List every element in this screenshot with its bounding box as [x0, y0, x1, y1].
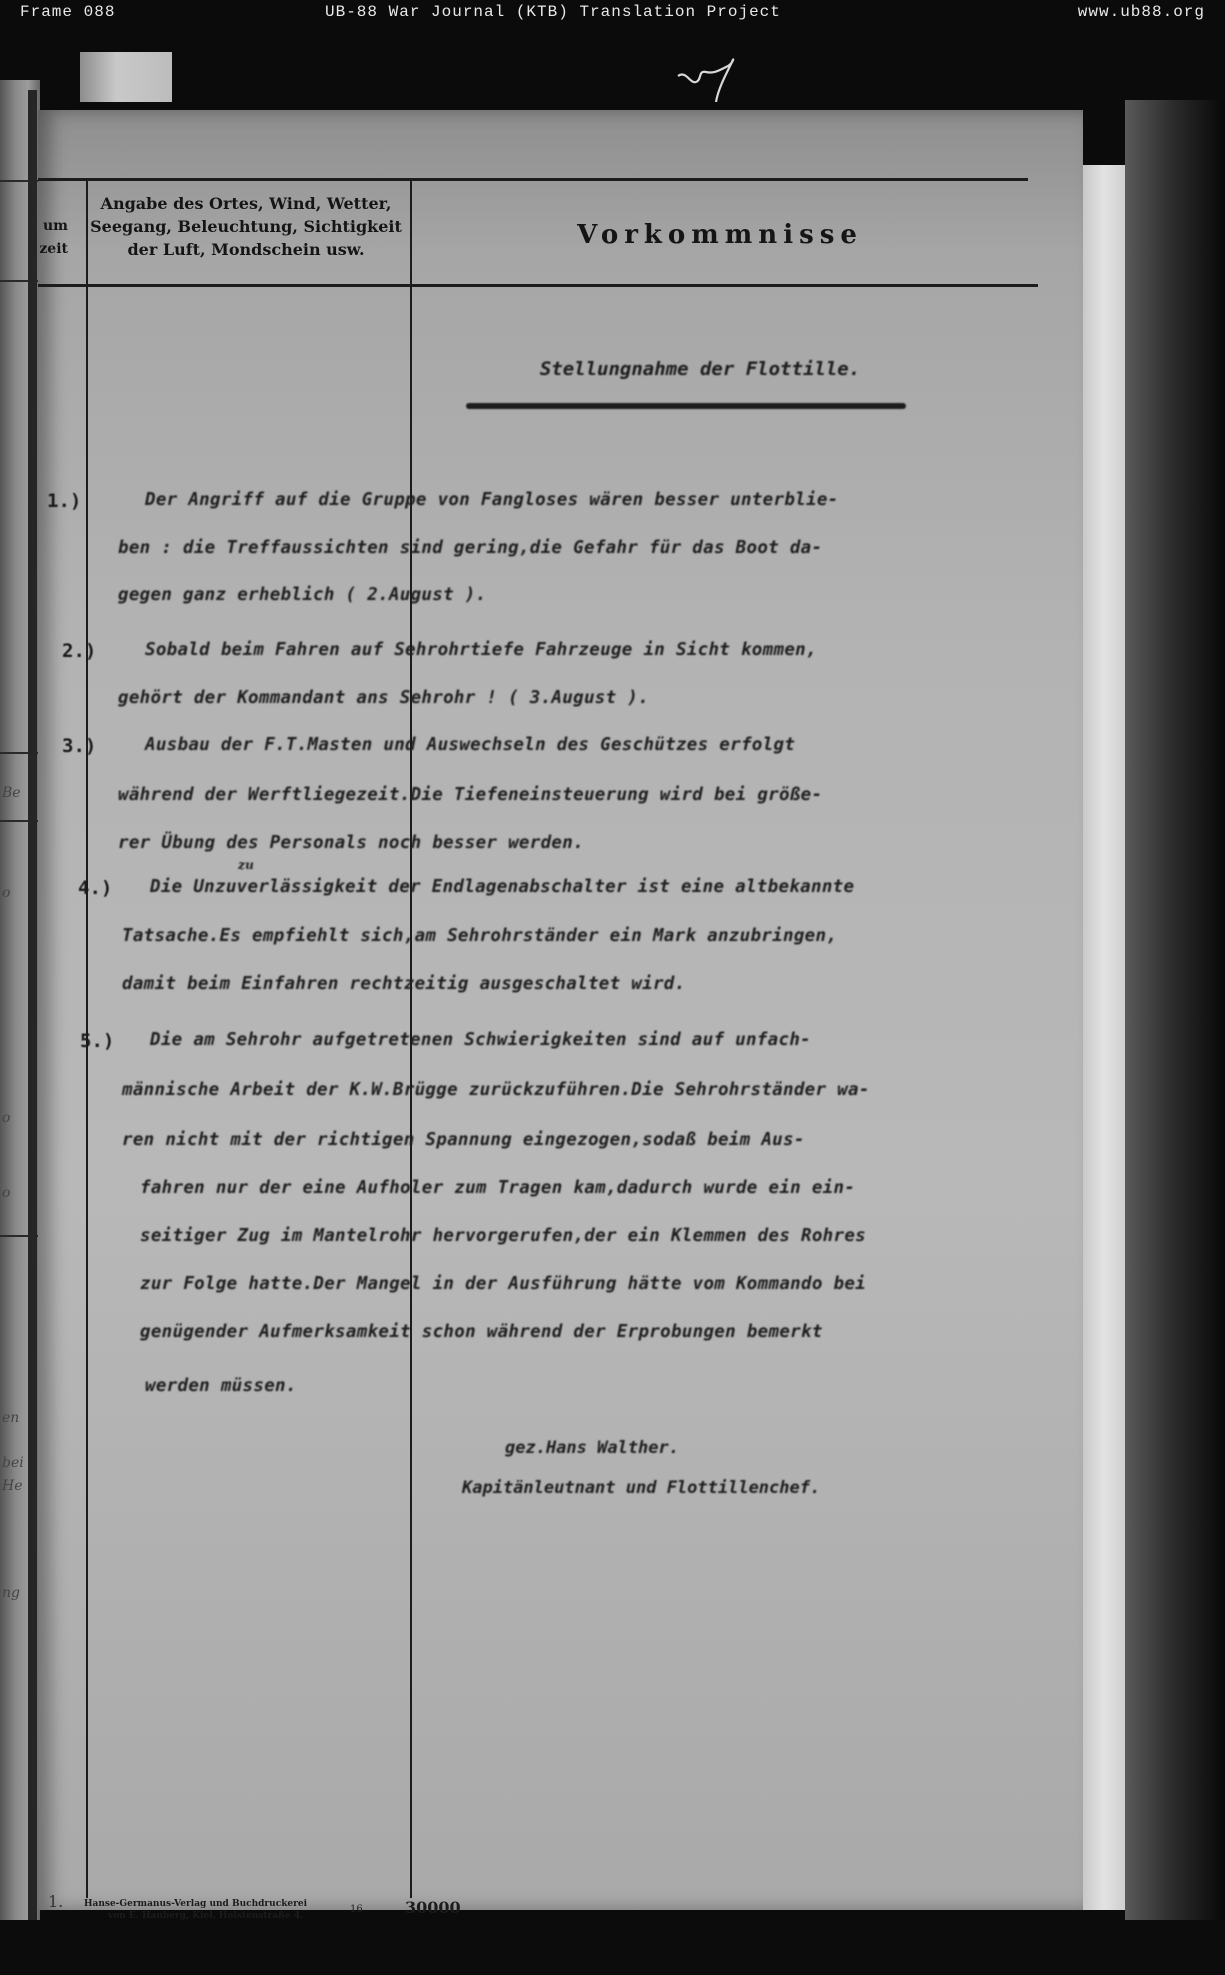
remark-line: rer Übung des Personals noch besser werd… [118, 833, 584, 853]
margin-note: bei [2, 1455, 24, 1471]
scan-shadow-bottom [0, 1920, 1225, 1975]
document-title: Stellungnahme der Flottille. [470, 358, 930, 380]
scan-shadow-right [1125, 100, 1225, 1920]
remark-line: zur Folge hatte.Der Mangel in der Ausfüh… [140, 1274, 866, 1294]
remark-line: seitiger Zug im Mantelrohr hervorgerufen… [140, 1226, 866, 1246]
print-quantity: 30000 [405, 1898, 461, 1917]
remark-line: Ausbau der F.T.Masten und Auswechseln de… [145, 735, 795, 755]
events-column-header: Vorkommnisse [420, 220, 1020, 250]
remark-line: gegen ganz erheblich ( 2.August ). [118, 585, 486, 605]
remark-line: Tatsache.Es empfiehlt sich,am Sehrohrstä… [122, 926, 837, 946]
handwritten-folio-mark [668, 52, 758, 102]
remark-line: männische Arbeit der K.W.Brügge zurückzu… [122, 1080, 870, 1100]
page-edge-strip [1083, 165, 1125, 1910]
remark-number: 4.) [78, 877, 112, 899]
remark-line: Die am Sehrohr aufgetretenen Schwierigke… [150, 1030, 811, 1050]
remark-line: ben : die Treffaussichten sind gering,di… [118, 538, 822, 558]
place-column-header: Angabe des Ortes, Wind, Wetter, Seegang,… [88, 192, 404, 261]
remark-line: während der Werftliegezeit.Die Tiefenein… [118, 785, 822, 805]
frame-header-bar: Frame 088 UB-88 War Journal (KTB) Transl… [0, 0, 1225, 28]
margin-note: en [2, 1410, 19, 1426]
margin-note: o [2, 885, 10, 901]
page-tab [80, 52, 172, 102]
remark-line: fahren nur der eine Aufholer zum Tragen … [140, 1178, 855, 1198]
website-link[interactable]: www.ub88.org [1078, 3, 1205, 21]
remark-line: werden müssen. [145, 1376, 297, 1396]
header-top-rule [38, 178, 1028, 181]
remark-line: ren nicht mit der richtigen Spannung ein… [122, 1130, 805, 1150]
imprint-code: 16 [350, 1904, 363, 1915]
margin-note: o [2, 1110, 10, 1126]
margin-note: Be [2, 785, 21, 801]
signature-name: gez.Hans Walther. [505, 1438, 679, 1458]
printer-imprint: Hanse-Germanus-Verlag und Buchdruckerei … [84, 1898, 307, 1922]
signature-rank: Kapitänleutnant und Flottillenchef. [462, 1478, 820, 1498]
frame-number: Frame 088 [20, 3, 115, 21]
form-number: 1. [48, 1892, 63, 1911]
remark-line: genügender Aufmerksamkeit schon während … [140, 1322, 823, 1342]
journal-page [38, 110, 1083, 1910]
project-title: UB-88 War Journal (KTB) Translation Proj… [325, 3, 781, 21]
margin-note: ng [2, 1585, 20, 1601]
book-spine [28, 90, 37, 1920]
title-underline [466, 403, 906, 409]
time-column-header: um zeit [20, 215, 68, 261]
remark-line: gehört der Kommandant ans Sehrohr ! ( 3.… [118, 688, 649, 708]
remark-number: 2.) [62, 640, 96, 662]
remark-number: 5.) [80, 1030, 114, 1052]
handwritten-correction: zu [238, 858, 254, 872]
remark-line: damit beim Einfahren rechtzeitig ausgesc… [122, 974, 685, 994]
remark-number: 3.) [62, 735, 96, 757]
margin-note: o [2, 1185, 10, 1201]
margin-note: He [2, 1478, 23, 1494]
remark-number: 1.) [47, 490, 81, 512]
remark-line: Die Unzuverlässigkeit der Endlagenabscha… [150, 877, 854, 897]
remark-line: Sobald beim Fahren auf Sehrohrtiefe Fahr… [145, 640, 817, 660]
header-bottom-rule [38, 284, 1038, 287]
remark-line: Der Angriff auf die Gruppe von Fangloses… [145, 490, 839, 510]
